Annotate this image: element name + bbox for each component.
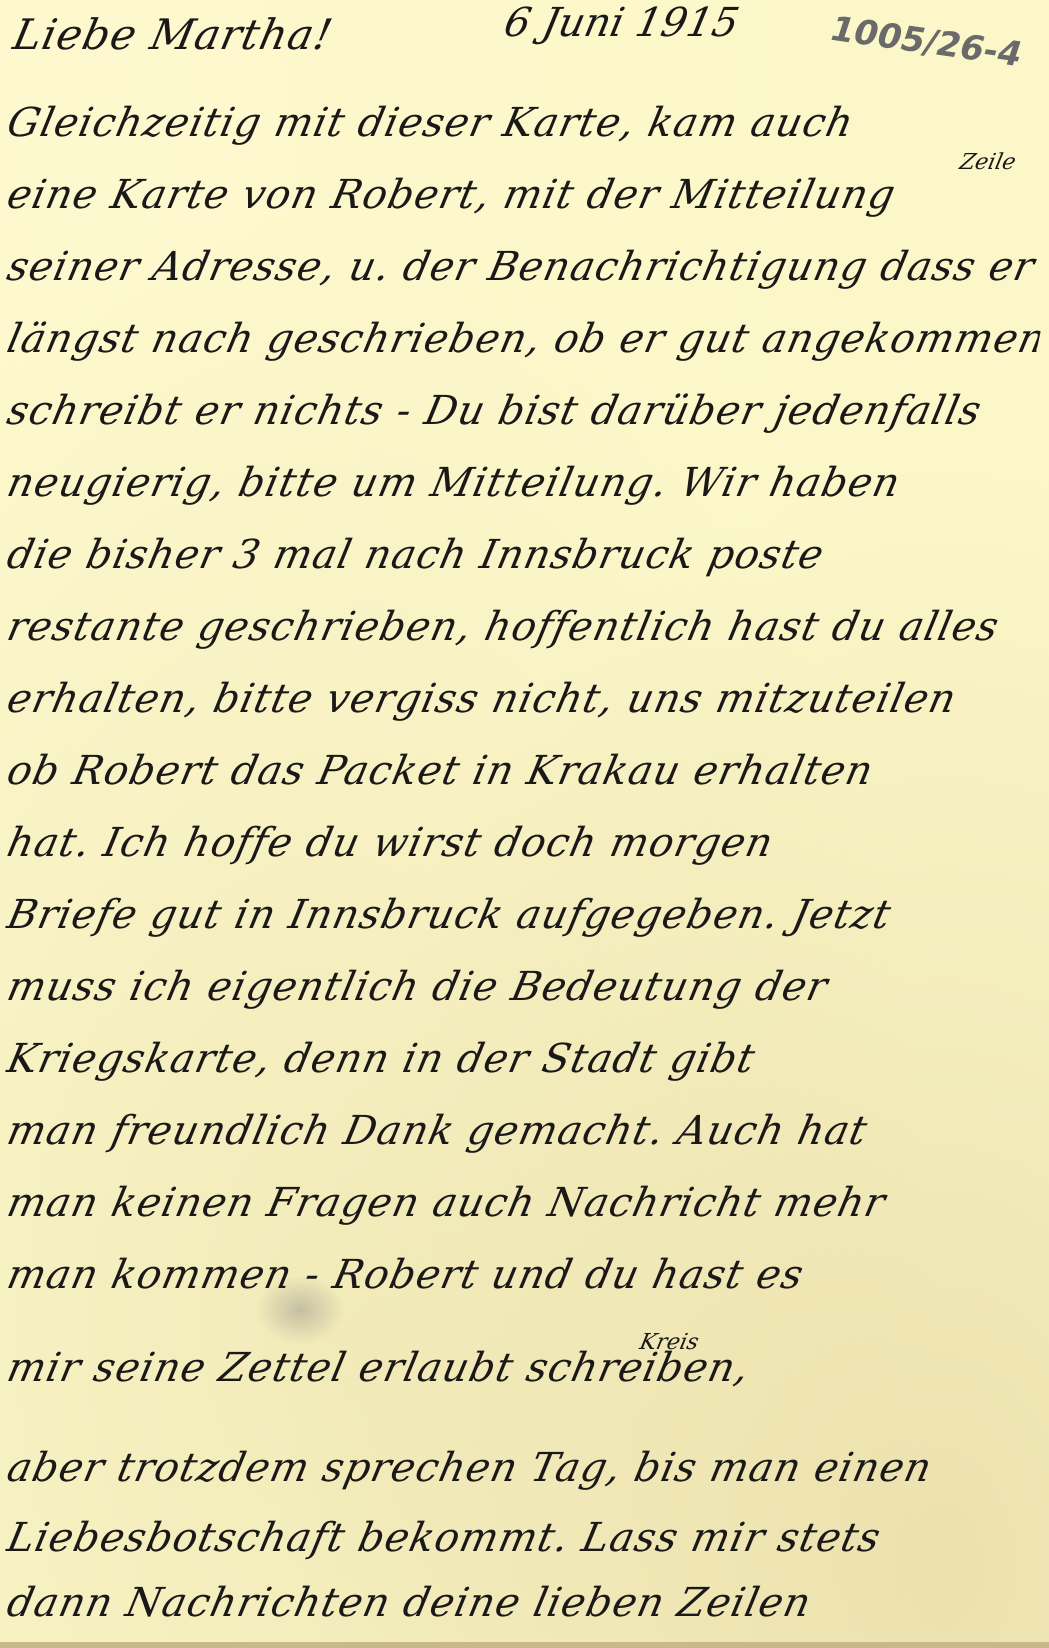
letter-line: muss ich eigentlich die Bedeutung der — [3, 964, 1044, 1010]
letter-line: neugierig, bitte um Mitteilung. Wir habe… — [3, 460, 1044, 506]
letter-line: schreibt er nichts - Du bist darüber jed… — [3, 388, 1044, 434]
paper-edge — [0, 1642, 1049, 1648]
letter-date: 6 Juni 1915 — [500, 0, 743, 46]
letter-line: dann Nachrichten deine lieben Zeilen — [3, 1580, 1044, 1626]
letter-line: Briefe gut in Innsbruck aufgegeben. Jetz… — [3, 892, 1044, 938]
letter-line: ob Robert das Packet in Krakau erhalten — [3, 748, 1044, 794]
letter-line: Liebesbotschaft bekommt. Lass mir stets — [3, 1515, 1044, 1561]
letter-line: aber trotzdem sprechen Tag, bis man eine… — [3, 1445, 1044, 1491]
letter-line: man keinen Fragen auch Nachricht mehr — [3, 1180, 1044, 1226]
ink-stain — [255, 1275, 345, 1345]
letter-line: mir seine Zettel erlaubt schreiben, — [3, 1345, 1044, 1391]
letter-line: hat. Ich hoffe du wirst doch morgen — [3, 820, 1044, 866]
letter-line: Gleichzeitig mit dieser Karte, kam auch — [3, 100, 1044, 146]
letter-line: erhalten, bitte vergiss nicht, uns mitzu… — [3, 676, 1044, 722]
letter-line: Kriegskarte, denn in der Stadt gibt — [3, 1036, 1044, 1082]
letter-line: die bisher 3 mal nach Innsbruck poste — [3, 532, 1044, 578]
letter-line: man freundlich Dank gemacht. Auch hat — [3, 1108, 1044, 1154]
letter-page: Liebe Martha! 6 Juni 1915 1005/26-4 Zeil… — [0, 0, 1049, 1648]
letter-line: restante geschrieben, hoffentlich hast d… — [3, 604, 1044, 650]
letter-line: man kommen - Robert und du hast es — [3, 1252, 1044, 1298]
letter-line: eine Karte von Robert, mit der Mitteilun… — [3, 172, 1044, 218]
letter-line: längst nach geschrieben, ob er gut angek… — [3, 316, 1044, 362]
letter-line: seiner Adresse, u. der Benachrichtigung … — [3, 244, 1044, 290]
